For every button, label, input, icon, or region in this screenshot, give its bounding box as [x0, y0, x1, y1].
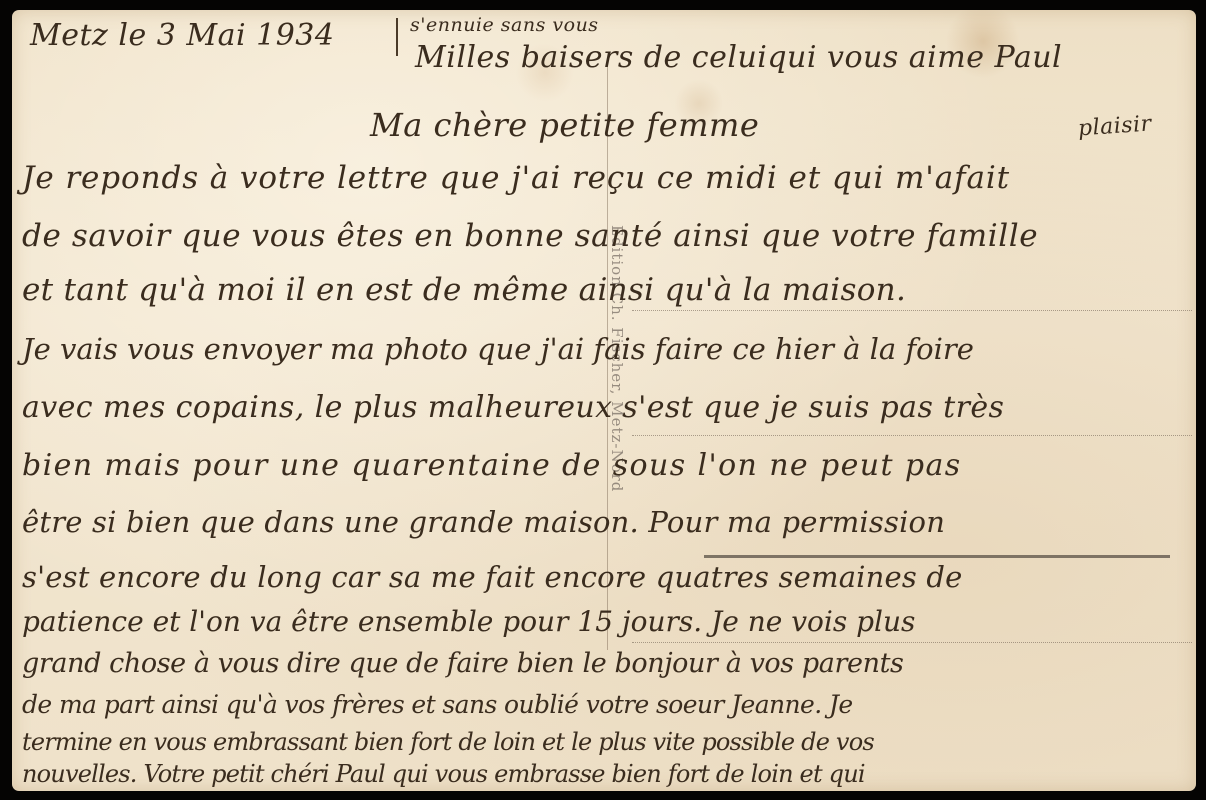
letter-line: Je reponds à votre lettre que j'ai reçu … [22, 160, 1010, 196]
letter-line: bien mais pour une quarentaine de sous l… [22, 448, 962, 483]
address-line-1 [632, 310, 1192, 311]
letter-line: avec mes copains, le plus malheureux s'e… [22, 390, 1004, 425]
letter-line: et tant qu'à moi il en est de même ainsi… [22, 272, 906, 308]
letter-line: s'est encore du long car sa me fait enco… [22, 560, 963, 594]
postscript-line-1: s'ennuie sans vous [410, 14, 599, 36]
letter-line: grand chose à vous dire que de faire bie… [22, 648, 904, 679]
greeting: Ma chère petite femme [370, 106, 759, 144]
letter-line: nouvelles. Votre petit chéri Paul qui vo… [22, 760, 865, 788]
date-separator [396, 18, 398, 56]
place-date: Metz le 3 Mai 1934 [30, 18, 334, 53]
address-line-2 [632, 435, 1192, 436]
address-line-4 [632, 642, 1192, 643]
letter-line: être si bien que dans une grande maison.… [22, 505, 945, 539]
address-line-3 [704, 555, 1170, 558]
margin-word: plaisir [1077, 111, 1152, 141]
letter-line: termine en vous embrassant bien fort de … [22, 728, 874, 756]
letter-line: de ma part ainsi qu'à vos frères et sans… [22, 690, 853, 719]
letter-line: patience et l'on va être ensemble pour 1… [22, 605, 915, 638]
postscript-line-2: Milles baisers de celuiqui vous aime Pau… [415, 40, 1062, 75]
letter-line: Je vais vous envoyer ma photo que j'ai f… [22, 332, 974, 366]
letter-line: de savoir que vous êtes en bonne santé a… [22, 218, 1038, 254]
